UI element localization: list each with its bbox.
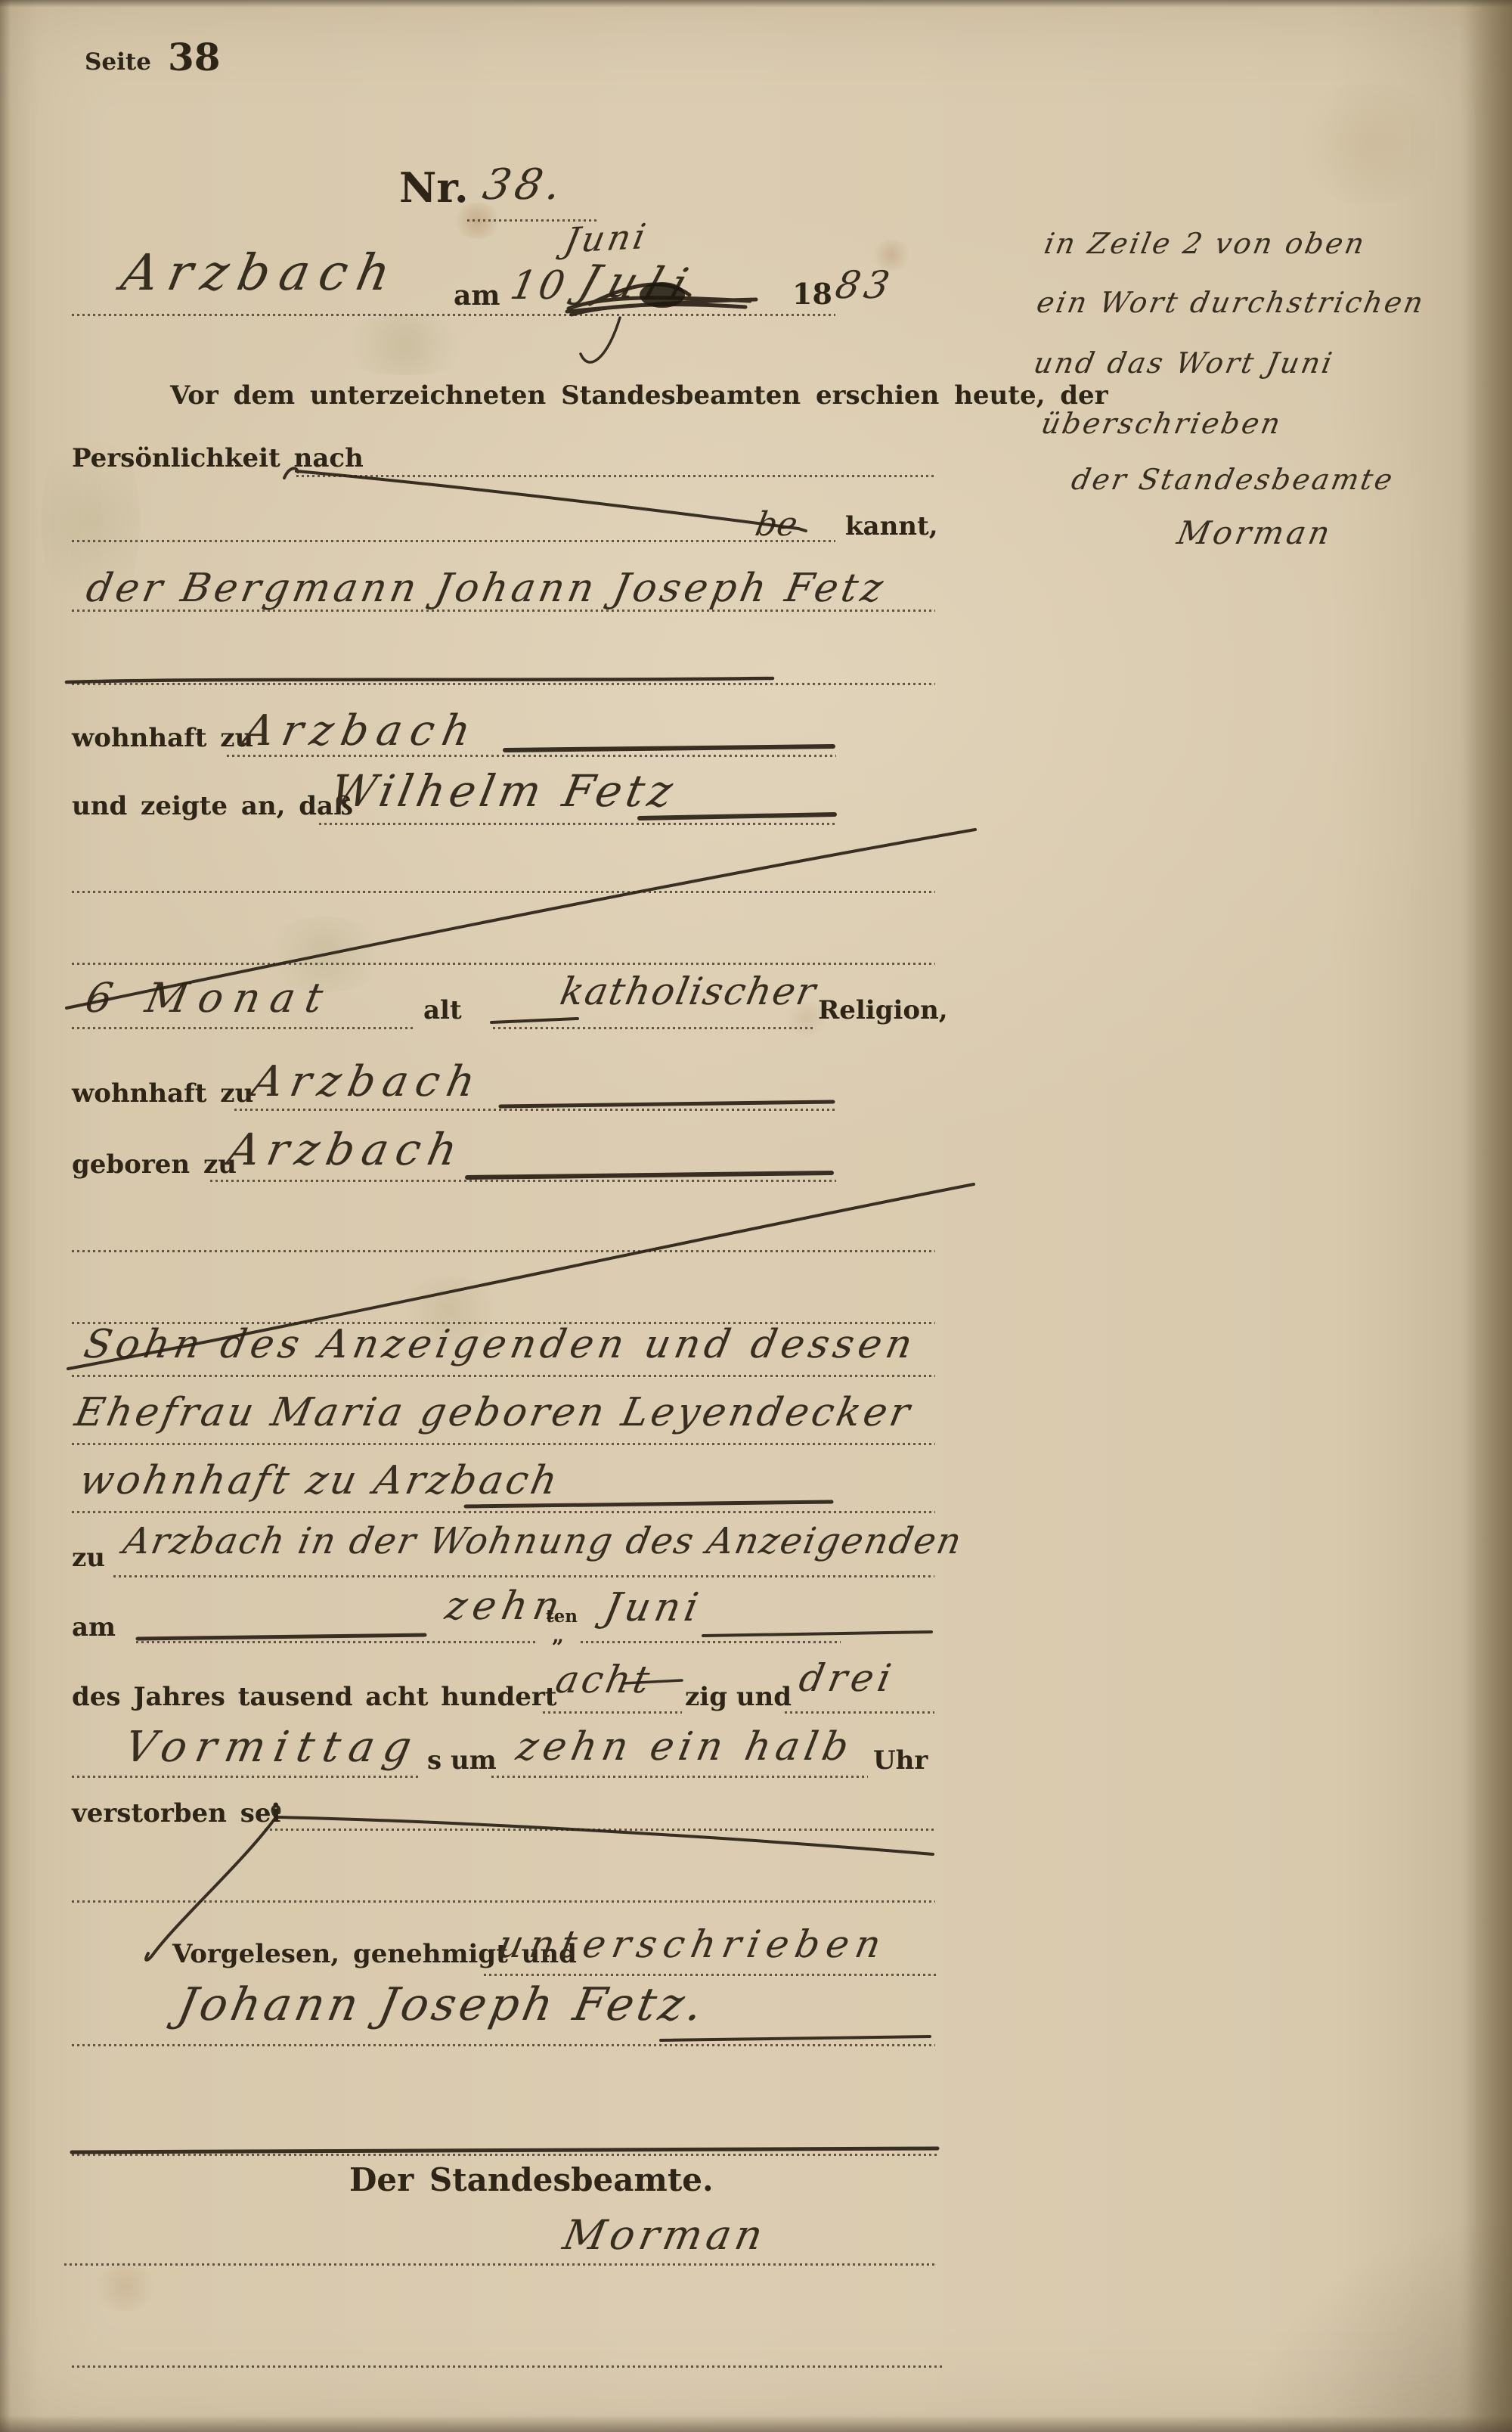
death-month: Juni — [600, 1585, 706, 1630]
verstorben-label: verstorben sei — [72, 1798, 280, 1829]
ink-stroke-persoenlichkeit — [284, 468, 806, 531]
time-rule1 — [72, 1776, 421, 1778]
death-date-rule1 — [136, 1641, 538, 1643]
margin-note-closing: der Standesbeamte — [1069, 463, 1398, 496]
religion-value: katholischer — [556, 969, 820, 1013]
page-edge-right — [1459, 0, 1512, 2432]
wohnhaft1-rule — [227, 755, 836, 757]
page-number: 38 — [168, 35, 221, 79]
year-century: 18 — [792, 277, 832, 311]
margin-note-line: und das Wort Juni — [1031, 346, 1337, 380]
am-label: am — [454, 280, 500, 312]
record-nr-value: 38. — [479, 160, 570, 209]
persoenlichkeit-rule — [296, 475, 935, 477]
ink-stroke-am-filler — [138, 1635, 425, 1639]
wohnhaft2-label: wohnhaft zu — [72, 1078, 253, 1109]
parentage-rule3 — [72, 1511, 935, 1513]
official-title: Der Standesbeamte. — [349, 2161, 714, 2198]
bottom-rule — [72, 2365, 943, 2368]
ink-stroke-wohnhaft1-ext — [505, 746, 833, 750]
ink-stroke-section-line — [72, 2148, 937, 2152]
s-um-label: s um — [427, 1745, 497, 1776]
official-signature: Morman — [559, 2211, 771, 2259]
page-edge-bottom — [0, 2415, 1512, 2432]
blank-rule — [72, 1900, 935, 1903]
uhr-label: Uhr — [873, 1745, 928, 1776]
margin-note-line: ein Wort durchstrichen — [1034, 286, 1428, 319]
religion-rule — [493, 1027, 813, 1029]
death-place-value: Arzbach in der Wohnung des Anzeigenden — [120, 1520, 966, 1562]
wohnhaft2-rule — [234, 1109, 836, 1111]
declarant-name: der Bergmann Johann Joseph Fetz — [82, 566, 890, 611]
age-rule — [72, 1027, 414, 1029]
bekannt-rule — [72, 540, 835, 542]
ink-stroke-verstorben-right — [276, 1817, 933, 1854]
age-value: 6 Monat — [82, 974, 337, 1022]
ink-stroke-signature-ext — [661, 2036, 930, 2040]
zeigte-rule — [319, 823, 836, 825]
geboren-label: geboren zu — [72, 1149, 237, 1180]
death-place-label: zu — [72, 1543, 105, 1573]
blank-rule — [72, 1250, 935, 1252]
ink-stroke-verstorben-loop — [146, 1806, 279, 1960]
ink-stroke-juli-descender — [581, 318, 620, 362]
parentage-rule1 — [72, 1375, 935, 1377]
ink-stroke-blank-line — [67, 678, 773, 682]
death-place-rule — [113, 1575, 934, 1577]
blank-rule — [72, 683, 935, 685]
bekannt-printed: kannt, — [845, 511, 938, 541]
geboren-rule — [210, 1180, 836, 1182]
deceased-name: Wilhelm Fetz — [326, 765, 681, 817]
am2-label: am — [72, 1612, 116, 1643]
death-date-rule2 — [581, 1641, 841, 1643]
ink-stroke-religion-pre — [491, 1019, 578, 1022]
ink-stroke-geboren-ext — [467, 1173, 832, 1177]
margin-note-line: überschrieben — [1039, 407, 1285, 440]
date-rule — [72, 314, 835, 316]
zig-und-label: zig und — [685, 1682, 792, 1712]
zeigte-label: und zeigte an, daß — [72, 791, 353, 821]
year-ones: drei — [795, 1656, 899, 1700]
record-nr-label: Nr. — [399, 163, 469, 212]
closing-rule — [484, 1974, 936, 1976]
daytime-value: Vormittag — [121, 1723, 425, 1772]
record-place: Arzbach — [117, 244, 405, 302]
year-rule2 — [785, 1711, 934, 1714]
alt-label: alt — [423, 995, 462, 1025]
ink-stroke-juni-ext — [703, 1632, 931, 1636]
year-written: 83 — [832, 263, 897, 307]
signature-rule — [72, 2044, 935, 2046]
declarant-signature: Johann Joseph Fetz. — [173, 1978, 711, 2031]
margin-note-signature: Morman — [1174, 514, 1336, 551]
year-rule1 — [543, 1711, 682, 1714]
religion-label: Religion, — [818, 995, 948, 1025]
official-signature-rule — [64, 2263, 935, 2266]
year-phrase: des Jahres tausend acht hundert — [72, 1682, 556, 1712]
death-record-page: Seite 38 Nr. 38. Juni Arzbach am 10 Juli… — [0, 0, 1512, 2432]
wohnhaft2-value: Arzbach — [248, 1057, 487, 1106]
blank-rule — [72, 891, 935, 893]
paper-stain — [1285, 83, 1452, 204]
margin-note-line: in Zeile 2 von oben — [1042, 227, 1369, 260]
parentage-line2: Ehefrau Maria geboren Leyendecker — [71, 1390, 916, 1435]
inserted-month: Juni — [561, 216, 652, 261]
paper-stain — [89, 2263, 161, 2311]
section-rule — [72, 2154, 938, 2156]
geboren-value: Arzbach — [223, 1124, 469, 1175]
page-edge-left — [0, 0, 11, 2432]
parentage-line3: wohnhaft zu Arzbach — [76, 1458, 564, 1503]
blank-rule — [72, 963, 935, 965]
record-day: 10 — [507, 263, 572, 309]
parentage-rule2 — [72, 1443, 935, 1445]
page-edge-top — [0, 0, 1512, 8]
parentage-line1: Sohn des Anzeigenden und dessen — [80, 1322, 920, 1367]
intro-line: Vor dem unterzeichneten Standesbeamten e… — [170, 380, 1108, 411]
time-value: zehn ein halb — [513, 1724, 857, 1770]
wohnhaft1-value: Arzbach — [239, 706, 483, 755]
closing-written: unterschrieben — [494, 1922, 891, 1966]
declarant-rule — [72, 610, 935, 612]
page-label: Seite — [85, 48, 151, 76]
verstorben-rule — [265, 1829, 936, 1831]
ordinal-mark: „ — [552, 1623, 564, 1648]
struck-month: Juli — [573, 255, 705, 310]
persoenlichkeit-label: Persönlichkeit nach — [72, 443, 364, 473]
wohnhaft1-label: wohnhaft zu — [72, 723, 253, 753]
time-rule2 — [491, 1776, 868, 1778]
year-tens: acht — [552, 1658, 655, 1701]
bekannt-written: be — [752, 505, 801, 544]
ink-stroke-wohnhaft2-ext — [500, 1102, 833, 1106]
paper-stain — [333, 315, 476, 375]
